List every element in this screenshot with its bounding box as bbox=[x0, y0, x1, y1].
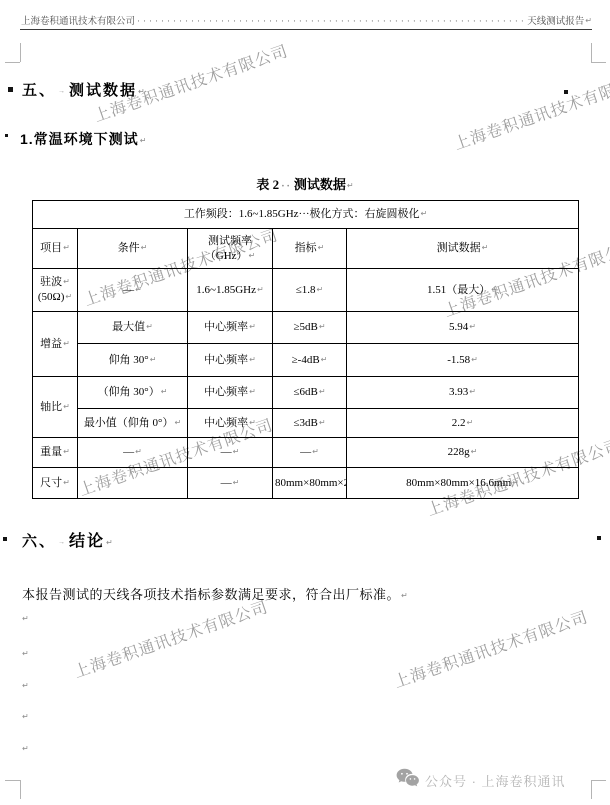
heading-section-6: 六、→结论 bbox=[22, 528, 115, 551]
test-data-table: 工作频段：1.6~1.85GHz···极化方式：右旋圆极化 项目 条件 测试频率… bbox=[32, 200, 579, 499]
band-cell: 工作频段：1.6~1.85GHz···极化方式：右旋圆极化 bbox=[33, 201, 579, 229]
cell-gain-max-frequency: 中心频率 bbox=[188, 312, 273, 344]
cell-ar-min-spec: ≤3dB bbox=[273, 409, 347, 438]
vswr-label: 驻波 bbox=[40, 276, 70, 288]
conclusion-text: 本报告测试的天线各项技术指标参数满足要求，符合出厂标准。 bbox=[22, 584, 408, 603]
header-dot-leader: ········································… bbox=[137, 16, 525, 26]
cell-vswr-condition: — bbox=[78, 269, 188, 312]
cell-weight-spec: — bbox=[273, 438, 347, 468]
paragraph-mark bbox=[21, 744, 29, 755]
tab-mark: → bbox=[56, 88, 69, 95]
table-caption: 表 2··测试数据 bbox=[32, 174, 578, 193]
heading6-number: 六、 bbox=[22, 533, 56, 550]
cell-size-spec: 80mm×80mm×22mm bbox=[273, 468, 347, 499]
paragraph-mark bbox=[21, 681, 29, 692]
cell-gain-max-spec: ≥5dB bbox=[273, 312, 347, 344]
caption-title: 测试数据 bbox=[294, 177, 354, 192]
wechat-icon bbox=[396, 768, 419, 792]
cell-gain-max-condition: 最大值 bbox=[78, 312, 188, 344]
corner-mark-top-right-v bbox=[591, 43, 592, 62]
cell-weight-condition: — bbox=[78, 438, 188, 468]
page-header: 上海卷积通讯技术有限公司 ···························… bbox=[21, 13, 592, 27]
cell-item-weight: 重量 bbox=[33, 438, 78, 468]
cell-ar-elev-value: 3.93 bbox=[347, 377, 579, 409]
cell-ar-min-frequency: 中心频率 bbox=[188, 409, 273, 438]
heading6-left-square bbox=[3, 537, 7, 541]
cell-gain-max-value: 5.94 bbox=[347, 312, 579, 344]
corner-mark-bottom-right-v bbox=[591, 780, 592, 799]
header-company: 上海卷积通讯技术有限公司 bbox=[21, 13, 135, 27]
paragraph-mark bbox=[21, 649, 29, 660]
cell-item-size: 尺寸 bbox=[33, 468, 78, 499]
corner-mark-bottom-right-h bbox=[591, 780, 606, 781]
cell-vswr-frequency: 1.6~1.85GHz bbox=[188, 269, 273, 312]
heading-subsection-1: 1.常温环境下测试 bbox=[20, 129, 147, 149]
cell-ar-elev-frequency: 中心频率 bbox=[188, 377, 273, 409]
subheading-left-square bbox=[5, 134, 8, 137]
col-header-condition: 条件 bbox=[78, 229, 188, 269]
cell-item-gain: 增益 bbox=[33, 312, 78, 377]
heading6-title: 结论 bbox=[69, 533, 115, 550]
cell-size-frequency: — bbox=[188, 468, 273, 499]
vswr-impedance: (50Ω) bbox=[38, 291, 72, 303]
watermark: 上海卷积通讯技术有限公司 bbox=[392, 609, 591, 692]
cell-size-condition-empty bbox=[78, 468, 188, 499]
paragraph-mark bbox=[21, 614, 29, 625]
heading5-number: 五、 bbox=[22, 82, 56, 99]
cell-gain-elev-spec: ≥-4dB bbox=[273, 344, 347, 377]
page-footer: 公众号 · 上海卷积通讯 bbox=[396, 768, 566, 792]
cell-item-axial-ratio: 轴比 bbox=[33, 377, 78, 438]
cell-ar-elev-spec: ≤6dB bbox=[273, 377, 347, 409]
corner-mark-top-left-v bbox=[20, 43, 21, 62]
cell-weight-value: 228g bbox=[347, 438, 579, 468]
corner-mark-top-right-h bbox=[591, 62, 606, 63]
header-doc-title: 天线测试报告 bbox=[527, 13, 592, 27]
heading5-title: 测试数据 bbox=[69, 82, 147, 99]
heading5-left-square bbox=[8, 87, 13, 92]
col-header-item: 项目 bbox=[33, 229, 78, 269]
tab-mark: → bbox=[56, 539, 69, 546]
heading5-right-square bbox=[564, 90, 568, 94]
corner-mark-top-left-h bbox=[5, 62, 20, 63]
header-rule bbox=[20, 29, 592, 30]
col-header-value: 测试数据 bbox=[347, 229, 579, 269]
corner-mark-bottom-left-v bbox=[20, 780, 21, 799]
cell-ar-min-condition: 最小值（仰角 0°） bbox=[78, 409, 188, 438]
col-header-spec: 指标 bbox=[273, 229, 347, 269]
watermark: 上海卷积通讯技术有限公司 bbox=[452, 71, 610, 154]
cell-item-vswr: 驻波(50Ω) bbox=[33, 269, 78, 312]
heading-section-5: 五、→测试数据 bbox=[22, 79, 147, 100]
document-page: 上海卷积通讯技术有限公司 ···························… bbox=[0, 0, 610, 805]
cell-vswr-value: 1.51（最大） bbox=[347, 269, 579, 312]
caption-space-marks: ·· bbox=[281, 181, 292, 192]
cell-ar-min-value: 2.2 bbox=[347, 409, 579, 438]
corner-mark-bottom-left-h bbox=[5, 780, 20, 781]
cell-ar-elev-condition: （仰角 30°） bbox=[78, 377, 188, 409]
col-header-frequency: 测试频率（GHz） bbox=[188, 229, 273, 269]
cell-gain-elev-frequency: 中心频率 bbox=[188, 344, 273, 377]
watermark: 上海卷积通讯技术有限公司 bbox=[72, 599, 271, 682]
cell-size-value: 80mm×80mm×16.6mm bbox=[347, 468, 579, 499]
footer-label: 公众号 · 上海卷积通讯 bbox=[425, 771, 566, 790]
heading6-right-square bbox=[597, 536, 601, 540]
cell-gain-elev-condition: 仰角 30° bbox=[78, 344, 188, 377]
caption-prefix: 表 2 bbox=[256, 177, 279, 192]
cell-weight-frequency: — bbox=[188, 438, 273, 468]
cell-vswr-spec: ≤1.8 bbox=[273, 269, 347, 312]
cell-gain-elev-value: -1.58 bbox=[347, 344, 579, 377]
paragraph-mark bbox=[21, 712, 29, 723]
